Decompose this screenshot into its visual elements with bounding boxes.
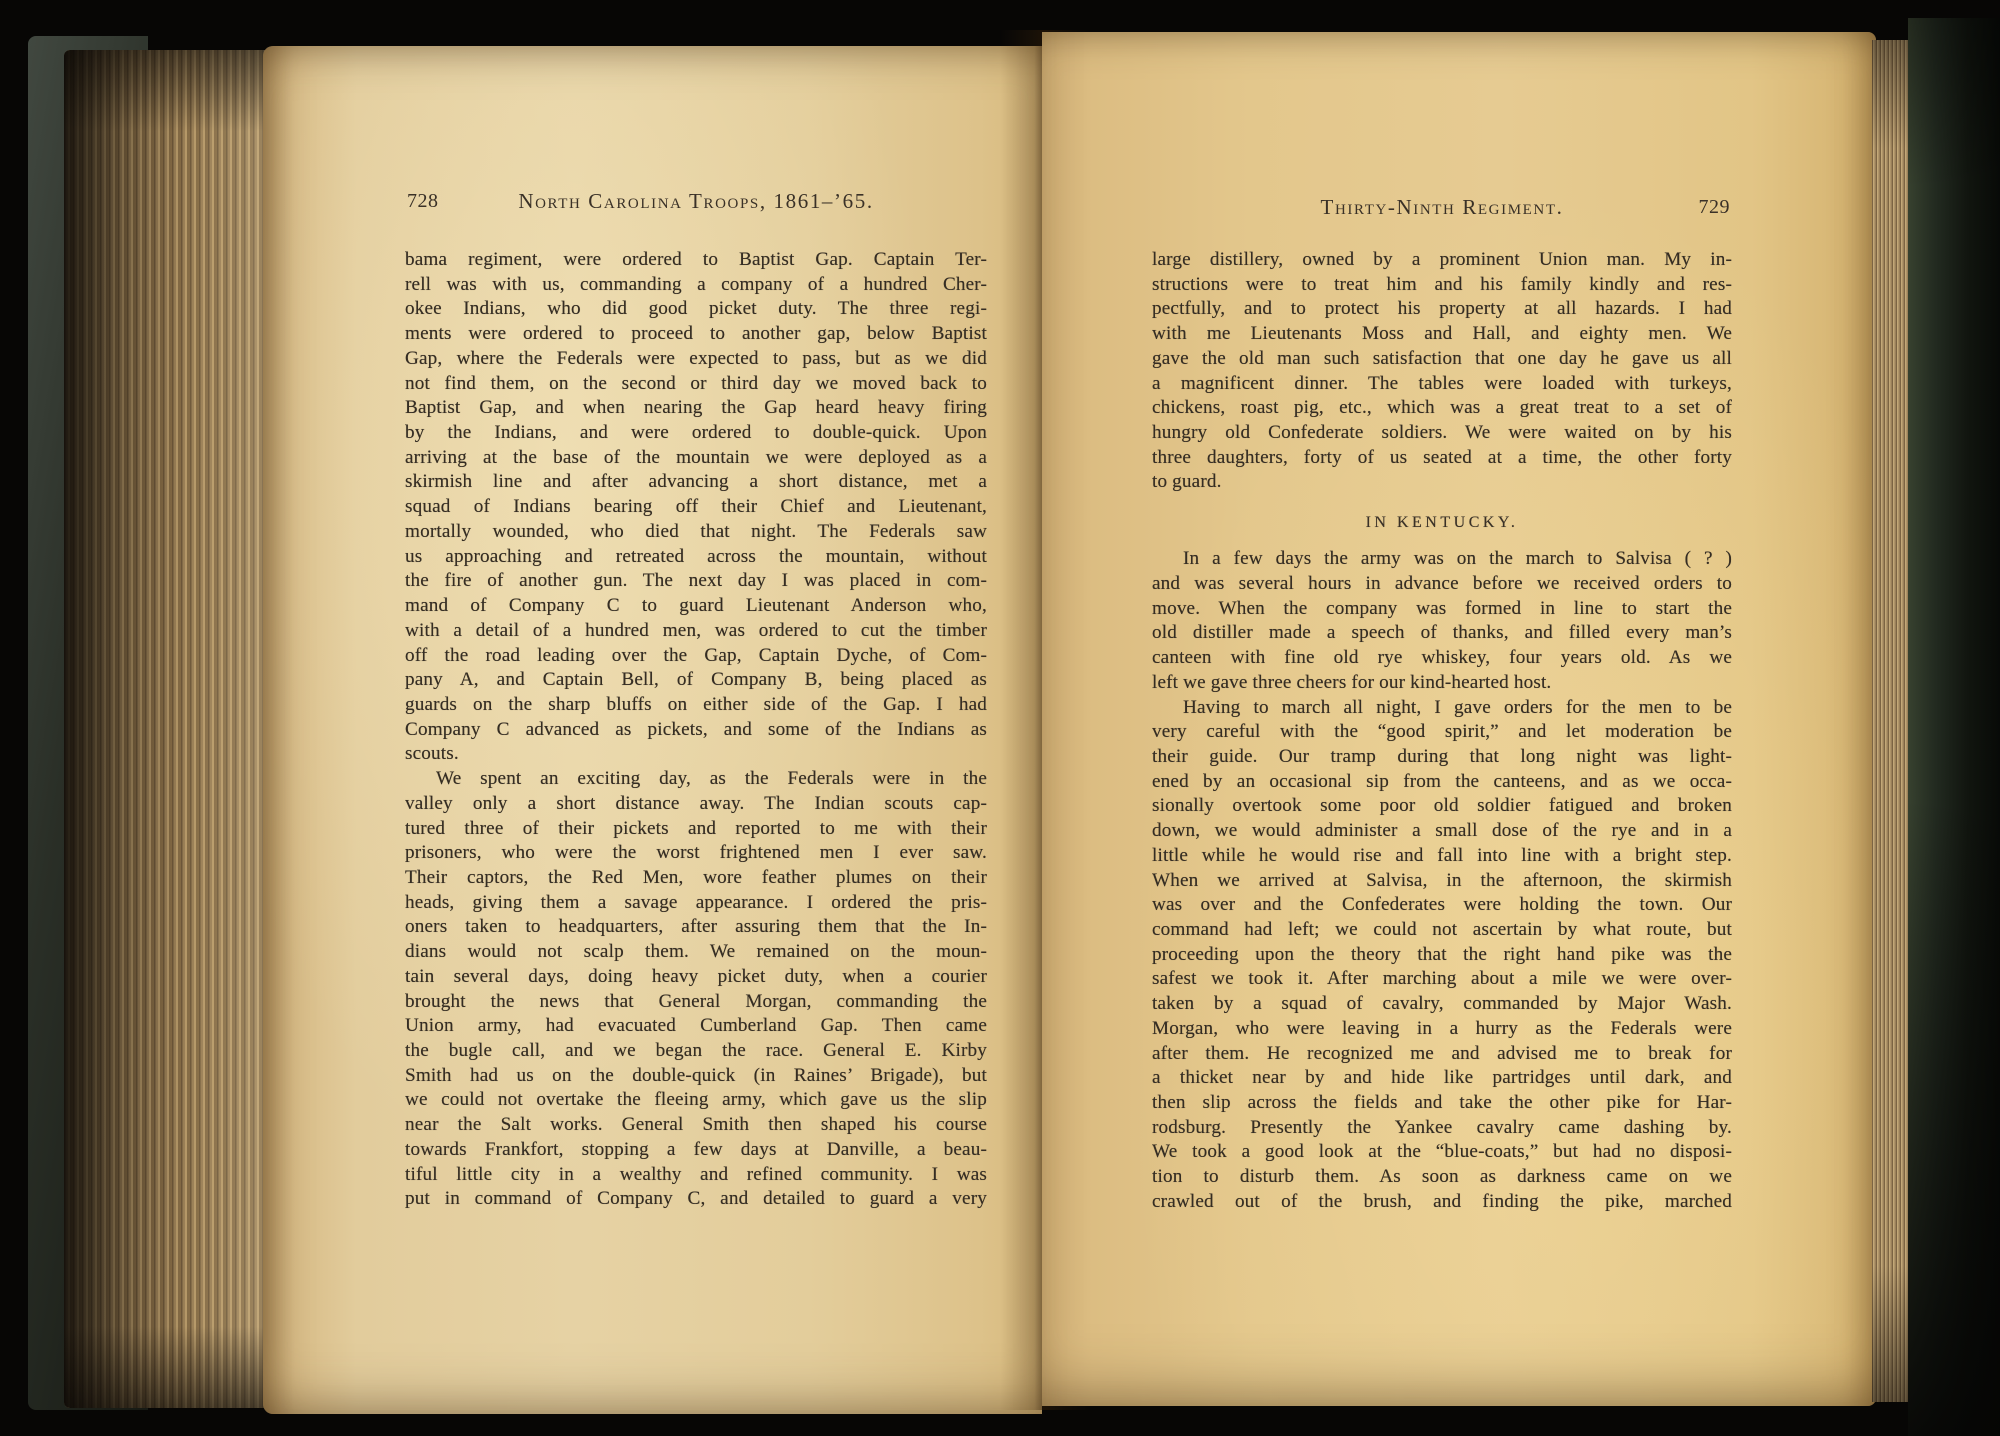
text-line: with a detail of a hundred men, was orde…: [405, 619, 987, 644]
text-line: In a few days the army was on the march …: [1152, 547, 1732, 572]
text-line: dians would not scalp them. We remained …: [405, 940, 987, 965]
text-line: guards on the sharp bluffs on either sid…: [405, 693, 987, 718]
left-page: 728 North Carolina Troops, 1861–’65. bam…: [263, 46, 1042, 1414]
text-line: oners taken to headquarters, after assur…: [405, 915, 987, 940]
text-line: Union army, had evacuated Cumberland Gap…: [405, 1014, 987, 1039]
text-line: Smith had us on the double-quick (in Rai…: [405, 1064, 987, 1089]
page-stack-left-edge: [64, 50, 265, 1408]
text-line: down, we would administer a small dose o…: [1152, 819, 1732, 844]
text-line: brought the news that General Morgan, co…: [405, 990, 987, 1015]
paragraph: large distillery, owned by a prominent U…: [1152, 248, 1732, 495]
text-line: a magnificent dinner. The tables were lo…: [1152, 372, 1732, 397]
text-line: tion to disturb them. As soon as darknes…: [1152, 1165, 1732, 1190]
text-line: scouts.: [405, 742, 987, 767]
page-stack-right-edge: [1872, 40, 1910, 1402]
text-line: squad of Indians bearing off their Chief…: [405, 495, 987, 520]
text-line: We spent an exciting day, as the Federal…: [405, 767, 987, 792]
text-line: left we gave three cheers for our kind-h…: [1152, 671, 1732, 696]
text-line: old distiller made a speech of thanks, a…: [1152, 621, 1732, 646]
text-line: Their captors, the Red Men, wore feather…: [405, 866, 987, 891]
text-line: hungry old Confederate soldiers. We were…: [1152, 421, 1732, 446]
right-page-number: 729: [1699, 194, 1731, 220]
right-page: Thirty-Ninth Regiment. 729 large distill…: [1042, 32, 1876, 1406]
text-line: large distillery, owned by a prominent U…: [1152, 248, 1732, 273]
text-line: by the Indians, and were ordered to doub…: [405, 421, 987, 446]
text-line: after them. He recognized me and advised…: [1152, 1042, 1732, 1067]
text-line: pectfully, and to protect his property a…: [1152, 297, 1732, 322]
text-line: valley only a short distance away. The I…: [405, 792, 987, 817]
paragraph: bama regiment, were ordered to Baptist G…: [405, 248, 987, 767]
text-line: we could not overtake the fleeing army, …: [405, 1088, 987, 1113]
text-line: safest we took it. After marching about …: [1152, 967, 1732, 992]
left-page-number: 728: [407, 188, 439, 214]
paragraph: Having to march all night, I gave orders…: [1152, 696, 1732, 1215]
text-line: prisoners, who were the worst frightened…: [405, 841, 987, 866]
text-line: crawled out of the brush, and finding th…: [1152, 1190, 1732, 1215]
text-line: sionally overtook some poor old soldier …: [1152, 794, 1732, 819]
text-line: their guide. Our tramp during that long …: [1152, 745, 1732, 770]
text-line: us approaching and retreated across the …: [405, 545, 987, 570]
text-line: proceeding upon the theory that the righ…: [1152, 943, 1732, 968]
left-running-title: North Carolina Troops, 1861–’65.: [405, 188, 987, 214]
text-line: mortally wounded, who died that night. T…: [405, 520, 987, 545]
text-line: ments were ordered to proceed to another…: [405, 322, 987, 347]
text-line: three daughters, forty of us seated at a…: [1152, 446, 1732, 471]
right-page-text-column: large distillery, owned by a prominent U…: [1152, 248, 1732, 1278]
text-line: Having to march all night, I gave orders…: [1152, 696, 1732, 721]
text-line: near the Salt works. General Smith then …: [405, 1113, 987, 1138]
text-line: tain several days, doing heavy picket du…: [405, 965, 987, 990]
text-line: rodsburg. Presently the Yankee cavalry c…: [1152, 1116, 1732, 1141]
paragraph: We spent an exciting day, as the Federal…: [405, 767, 987, 1212]
text-line: command had left; we could not ascertain…: [1152, 918, 1732, 943]
text-line: okee Indians, who did good picket duty. …: [405, 297, 987, 322]
book-cover-right-edge: [1908, 18, 2000, 1436]
text-line: bama regiment, were ordered to Baptist G…: [405, 248, 987, 273]
text-line: to guard.: [1152, 470, 1732, 495]
text-line: not find them, on the second or third da…: [405, 372, 987, 397]
text-line: tiful little city in a wealthy and refin…: [405, 1163, 987, 1188]
text-line: gave the old man such satisfaction that …: [1152, 347, 1732, 372]
text-line: the fire of another gun. The next day I …: [405, 569, 987, 594]
text-line: Company C advanced as pickets, and some …: [405, 718, 987, 743]
text-line: a thicket near by and hide like partridg…: [1152, 1066, 1732, 1091]
text-line: towards Frankfort, stopping a few days a…: [405, 1138, 987, 1163]
text-line: Gap, where the Federals were expected to…: [405, 347, 987, 372]
text-line: mand of Company C to guard Lieutenant An…: [405, 594, 987, 619]
text-line: arriving at the base of the mountain we …: [405, 446, 987, 471]
text-line: Morgan, who were leaving in a hurry as t…: [1152, 1017, 1732, 1042]
section-heading: IN KENTUCKY.: [1152, 511, 1732, 535]
text-line: Baptist Gap, and when nearing the Gap he…: [405, 396, 987, 421]
text-line: with me Lieutenants Moss and Hall, and e…: [1152, 322, 1732, 347]
text-line: put in command of Company C, and detaile…: [405, 1187, 987, 1212]
text-line: heads, giving them a savage appearance. …: [405, 891, 987, 916]
text-line: move. When the company was formed in lin…: [1152, 597, 1732, 622]
text-line: and was several hours in advance before …: [1152, 572, 1732, 597]
open-book-photo: 728 North Carolina Troops, 1861–’65. bam…: [0, 0, 2000, 1436]
text-line: taken by a squad of cavalry, commanded b…: [1152, 992, 1732, 1017]
text-line: pany A, and Captain Bell, of Company B, …: [405, 668, 987, 693]
text-line: rell was with us, commanding a company o…: [405, 273, 987, 298]
text-line: structions were to treat him and his fam…: [1152, 273, 1732, 298]
text-line: When we arrived at Salvisa, in the after…: [1152, 869, 1732, 894]
text-line: chickens, roast pig, etc., which was a g…: [1152, 396, 1732, 421]
text-line: tured three of their pickets and reporte…: [405, 817, 987, 842]
text-line: the bugle call, and we began the race. G…: [405, 1039, 987, 1064]
text-line: skirmish line and after advancing a shor…: [405, 470, 987, 495]
text-line: off the road leading over the Gap, Capta…: [405, 644, 987, 669]
text-line: little while he would rise and fall into…: [1152, 844, 1732, 869]
text-line: ened by an occasional sip from the cante…: [1152, 770, 1732, 795]
text-line: canteen with fine old rye whiskey, four …: [1152, 646, 1732, 671]
text-line: was over and the Confederates were holdi…: [1152, 893, 1732, 918]
right-running-head: Thirty-Ninth Regiment. 729: [1152, 194, 1732, 220]
left-page-text-column: bama regiment, were ordered to Baptist G…: [405, 248, 987, 1278]
paragraph: In a few days the army was on the march …: [1152, 547, 1732, 695]
left-running-head: 728 North Carolina Troops, 1861–’65.: [405, 188, 987, 214]
text-line: We took a good look at the “blue-coats,”…: [1152, 1140, 1732, 1165]
text-line: very careful with the “good spirit,” and…: [1152, 720, 1732, 745]
right-running-title: Thirty-Ninth Regiment.: [1152, 194, 1732, 220]
text-line: then slip across the fields and take the…: [1152, 1091, 1732, 1116]
